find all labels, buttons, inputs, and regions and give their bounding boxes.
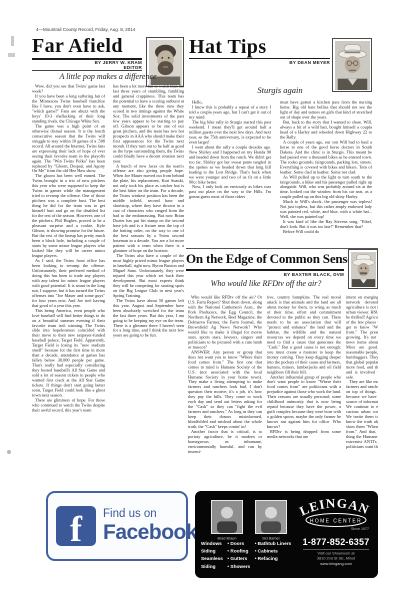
baxter-black-headshot <box>348 249 378 289</box>
common-sense-column-2: tive, country bumpkins. The real moral a… <box>267 295 341 485</box>
common-sense-title: On the Edge of Common Sense <box>186 251 353 267</box>
services-column-1: WindowsSidingSeamlessSiding <box>201 540 223 574</box>
far-afield-title: Far Afield <box>32 35 123 58</box>
common-sense-subtitle: Who would like RFDtv off the air? <box>186 279 346 288</box>
phone-number: 1-877-852-6357 <box>299 537 373 547</box>
services-column-2: • Doors• Roofing• Gutters• Showers <box>227 540 250 574</box>
svg-text:Since 1977: Since 1977 <box>351 527 369 531</box>
facebook-ad-line2: Facebook <box>103 521 197 545</box>
common-sense-rule-bottom <box>186 269 344 271</box>
hat-tips-title: Hat Tips <box>189 36 267 59</box>
staff-photo-icon <box>212 501 242 533</box>
facebook-ad-text: Find us on Facebook <box>103 508 197 545</box>
staff-photo-icon <box>256 501 286 533</box>
scan-artifact-mark <box>11 36 14 46</box>
facebook-ad-line1: Find us on <box>103 508 197 520</box>
leingang-contact-block: 1-877-852-6357 Visit our Showroom at 381… <box>299 537 373 573</box>
services-column-3: • Bathtub Liners• Cabinets• Refacing <box>255 540 292 574</box>
common-sense-section: On the Edge of Common Sense BY BAXTER BL… <box>186 248 378 488</box>
leingang-services-list: WindowsSidingSeamlessSiding • Doors• Roo… <box>201 540 299 574</box>
leingang-staff-photo-2 <box>255 500 287 534</box>
far-afield-column-1: Wow, did you see that Twins' game last w… <box>32 84 105 486</box>
facebook-logo-icon: f <box>56 506 96 546</box>
scan-artifact-mark <box>8 53 15 57</box>
dean-meyer-headshot <box>332 38 372 92</box>
common-sense-column-1: Who would like RFDtv off the air? Or U.S… <box>188 295 262 485</box>
hat-tips-column-2: must have gotten a kitchen pass from the… <box>280 100 372 248</box>
hat-tips-byline: BY DEAN MEYER <box>189 60 330 66</box>
far-afield-column-2: has been a lot more fun to watch than th… <box>113 84 184 486</box>
scan-artifact-mark <box>7 450 11 454</box>
hat-tips-subtitle: Sturgis again <box>196 85 364 95</box>
leingang-staff-photo-1 <box>211 500 243 534</box>
divider <box>303 549 369 550</box>
leingang-logo: LEINGANG HOME CENTER Since 1977 <box>297 494 375 532</box>
columnist-photo-icon <box>335 41 370 90</box>
far-afield-subtitle: A little pop makes a difference <box>32 72 184 81</box>
newspaper-page-scan: { "page": { "folio": "4—Mountrail County… <box>0 0 400 600</box>
leingang-home-center-ad: Brad Braun Sid Barber LEINGANG HOME CENT… <box>195 491 378 578</box>
hat-tips-rule <box>189 58 330 60</box>
columnist-photo-icon <box>351 252 376 287</box>
facebook-f-letter: f <box>70 512 82 546</box>
svg-text:LEINGANG: LEINGANG <box>297 494 372 519</box>
facebook-ad: f Find us on Facebook <box>46 491 188 561</box>
svg-text:HOME CENTER: HOME CENTER <box>310 518 362 524</box>
website-link: www.leingang.com <box>299 561 373 566</box>
common-sense-byline: BY BAXTER BLACK, DVM <box>186 272 344 278</box>
hat-tips-column-1: Hello,I know this is probably a repeat o… <box>189 100 271 248</box>
folio-line: 4—Mountrail County Record, Friday, Aug. … <box>36 27 211 35</box>
common-sense-column-3: intent on merging. The margin is that a … <box>346 295 378 485</box>
